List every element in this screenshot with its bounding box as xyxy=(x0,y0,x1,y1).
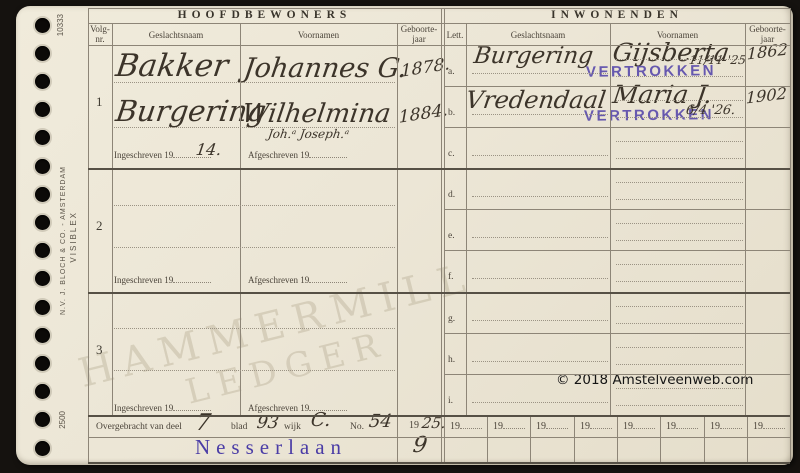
row-number-1: 1 xyxy=(96,94,103,110)
col-header-voornamen-left: Voornamen xyxy=(240,31,397,41)
writing-line-dotted xyxy=(472,278,608,279)
year-cell-label: 19 xyxy=(623,420,655,432)
grid-line-vertical xyxy=(790,8,791,462)
year-cell-dotted-tail xyxy=(503,420,525,429)
grid-line-horizontal xyxy=(88,415,790,417)
wijk-value: C. xyxy=(309,409,332,431)
grid-line-horizontal xyxy=(444,374,790,375)
entry1-surname: Bakker xyxy=(113,48,230,84)
writing-line-dotted xyxy=(616,158,743,159)
punch-hole xyxy=(35,328,50,343)
grid-line-horizontal xyxy=(444,250,790,251)
street-stamp: Nesserlaan xyxy=(146,435,396,460)
punch-hole xyxy=(35,215,50,230)
writing-line-dotted xyxy=(616,223,743,224)
writing-line-dotted xyxy=(616,240,743,241)
col-header-geboortejaar-left: Geboorte-jaar xyxy=(397,25,441,45)
form-number-top: 10333 xyxy=(56,14,65,36)
writing-line-dotted xyxy=(114,328,395,329)
col-header-geslachtsnaam-right: Geslachtsnaam xyxy=(466,31,610,41)
row-number-2: 2 xyxy=(96,218,103,234)
entry2-firstnames-sub: Joh.ᵃ Joseph.ᵃ xyxy=(267,127,350,141)
year-cell-label: 19 xyxy=(710,420,742,432)
writing-line-dotted xyxy=(114,370,395,371)
writing-line-dotted xyxy=(472,361,608,362)
punch-hole xyxy=(35,130,50,145)
grid-line-horizontal xyxy=(88,437,790,438)
grid-line-horizontal xyxy=(88,8,790,9)
col-header-lett: Lett. xyxy=(444,31,466,41)
overgebracht-label: Overgebracht van deel xyxy=(96,422,182,432)
afgeschreven-label-row1: Afgeschreven 19 xyxy=(248,149,347,160)
grid-line-vertical xyxy=(660,415,661,462)
punch-hole xyxy=(35,300,50,315)
grid-line-vertical xyxy=(747,415,748,462)
year-cell-dotted-tail xyxy=(546,420,568,429)
year-cell-dotted-tail xyxy=(763,420,785,429)
section-title-hoofdbewoners: HOOFDBEWONERS xyxy=(88,9,441,21)
lett-label: b. xyxy=(448,108,455,118)
grid-line-horizontal xyxy=(444,127,790,128)
year-cell-dotted-tail xyxy=(676,420,698,429)
grid-line-vertical xyxy=(704,415,705,462)
year-cell-dotted-tail xyxy=(590,420,612,429)
punch-hole xyxy=(35,441,50,456)
year-cell-label: 19 xyxy=(450,420,482,432)
blad-label: blad xyxy=(231,422,247,432)
writing-line-dotted xyxy=(616,347,743,348)
writing-line-dotted xyxy=(114,205,395,206)
writing-line-dotted xyxy=(616,405,743,406)
lett-label: d. xyxy=(448,190,455,200)
form-number-bottom: 2500 xyxy=(58,411,67,429)
ingeschreven-value-row1: 14. xyxy=(195,140,223,159)
writing-line-dotted xyxy=(472,237,608,238)
row-number-3: 3 xyxy=(96,342,103,358)
col-header-geslachtsnaam-left: Geslachtsnaam xyxy=(112,31,240,41)
punch-hole xyxy=(35,243,50,258)
afgeschreven-label-row2: Afgeschreven 19 xyxy=(248,274,347,285)
writing-line-dotted xyxy=(616,364,743,365)
grid-line-vertical xyxy=(487,415,488,462)
grid-line-horizontal xyxy=(444,86,790,87)
no-label: No. xyxy=(350,422,364,432)
grid-line-vertical xyxy=(444,8,445,462)
grid-line-horizontal xyxy=(88,292,790,294)
punch-hole xyxy=(35,18,50,33)
year-cell-label: 19 xyxy=(536,420,568,432)
grid-line-vertical xyxy=(617,415,618,462)
year-cell-prefix: 19 xyxy=(710,421,720,432)
lett-label: e. xyxy=(448,231,455,241)
grid-line-vertical xyxy=(441,8,442,462)
grid-line-vertical xyxy=(530,415,531,462)
lett-label: f. xyxy=(448,272,454,282)
year-cell-label: 19 xyxy=(580,420,612,432)
writing-line-dotted xyxy=(472,155,608,156)
writing-line-dotted xyxy=(616,182,743,183)
year-cell-dotted-tail xyxy=(633,420,655,429)
writing-line-dotted xyxy=(616,388,743,389)
deel-value: 7 xyxy=(194,410,212,436)
year-cell-prefix: 19 xyxy=(580,421,590,432)
lett-label: c. xyxy=(448,149,455,159)
grid-line-horizontal xyxy=(88,23,790,24)
grid-line-vertical xyxy=(745,23,746,415)
year-cell-label: 19 xyxy=(493,420,525,432)
writing-line-dotted xyxy=(616,100,743,101)
entry2-firstnames: Wilhelmina xyxy=(240,99,393,129)
wijk-label: wijk xyxy=(284,422,301,432)
grid-line-horizontal xyxy=(88,168,790,170)
writing-line-dotted xyxy=(114,247,395,248)
grid-line-vertical xyxy=(397,23,398,462)
grid-line-vertical xyxy=(88,8,89,462)
year-cell-prefix: 19 xyxy=(536,421,546,432)
year-prefix-printed: 19 xyxy=(409,420,419,431)
writing-line-dotted xyxy=(114,127,395,128)
grid-line-vertical xyxy=(112,23,113,415)
writing-line-dotted xyxy=(472,196,608,197)
punch-hole xyxy=(35,271,50,286)
punch-hole xyxy=(35,46,50,61)
year-cell-prefix: 19 xyxy=(666,421,676,432)
punch-hole xyxy=(35,412,50,427)
writing-line-dotted xyxy=(472,73,608,74)
punch-hole xyxy=(35,356,50,371)
printer-name-text: VISIBLEX xyxy=(69,211,78,263)
grid-line-horizontal xyxy=(88,462,790,464)
lett-label: i. xyxy=(448,396,453,406)
entry1-firstnames: Johannes G. xyxy=(242,53,409,84)
printer-company-text: N.V. J. BLOCH & CO. - AMSTERDAM xyxy=(60,166,67,315)
section-title-inwonenden: INWONENDEN xyxy=(444,9,790,21)
grid-line-vertical xyxy=(574,415,575,462)
inwonende-a-surname: Burgering xyxy=(472,43,595,69)
writing-line-dotted xyxy=(616,59,743,60)
grid-line-vertical xyxy=(610,23,611,415)
writing-line-dotted xyxy=(114,82,395,83)
vertrokken-date-b: 6/4 '26. xyxy=(685,103,736,118)
writing-line-dotted xyxy=(472,114,608,115)
year-cell-label: 19 xyxy=(753,420,785,432)
grid-line-horizontal xyxy=(88,45,790,46)
year-cell-prefix: 19 xyxy=(623,421,633,432)
lett-label: a. xyxy=(448,67,455,77)
writing-line-dotted xyxy=(616,281,743,282)
writing-line-dotted xyxy=(616,264,743,265)
punch-hole xyxy=(35,102,50,117)
lett-label: h. xyxy=(448,355,455,365)
punch-hole xyxy=(35,187,50,202)
col-header-volgnr: Volg-nr. xyxy=(88,25,112,45)
punch-hole xyxy=(35,74,50,89)
writing-line-dotted xyxy=(616,76,743,77)
writing-line-dotted xyxy=(616,141,743,142)
year-cell-label: 19 xyxy=(666,420,698,432)
writing-line-dotted xyxy=(616,306,743,307)
writing-line-dotted xyxy=(472,320,608,321)
grid-line-horizontal xyxy=(444,333,790,334)
year-cell-prefix: 19 xyxy=(493,421,503,432)
registration-card: 10333 N.V. J. BLOCH & CO. - AMSTERDAM VI… xyxy=(16,6,793,465)
lett-label: g. xyxy=(448,314,455,324)
year-cell-prefix: 19 xyxy=(753,421,763,432)
writing-line-dotted xyxy=(616,323,743,324)
inwonende-b-birthyear: 1902 xyxy=(746,84,787,108)
punch-hole xyxy=(35,384,50,399)
year-cell-prefix: 19 xyxy=(450,421,460,432)
grid-line-vertical xyxy=(466,23,467,415)
ingeschreven-label-row2: Ingeschreven 19 xyxy=(114,274,211,285)
afgeschreven-label-row3: Afgeschreven 19 xyxy=(248,402,347,413)
vertrokken-date-a: 11/11 '25 xyxy=(688,53,747,67)
writing-line-dotted xyxy=(616,199,743,200)
punch-hole xyxy=(35,159,50,174)
year-cell-dotted-tail xyxy=(460,420,482,429)
writing-line-dotted xyxy=(616,117,743,118)
year-cell-dotted-tail xyxy=(720,420,742,429)
inwonende-a-birthyear: 1862 xyxy=(747,40,788,64)
writing-line-dotted xyxy=(472,402,608,403)
grid-line-horizontal xyxy=(444,209,790,210)
